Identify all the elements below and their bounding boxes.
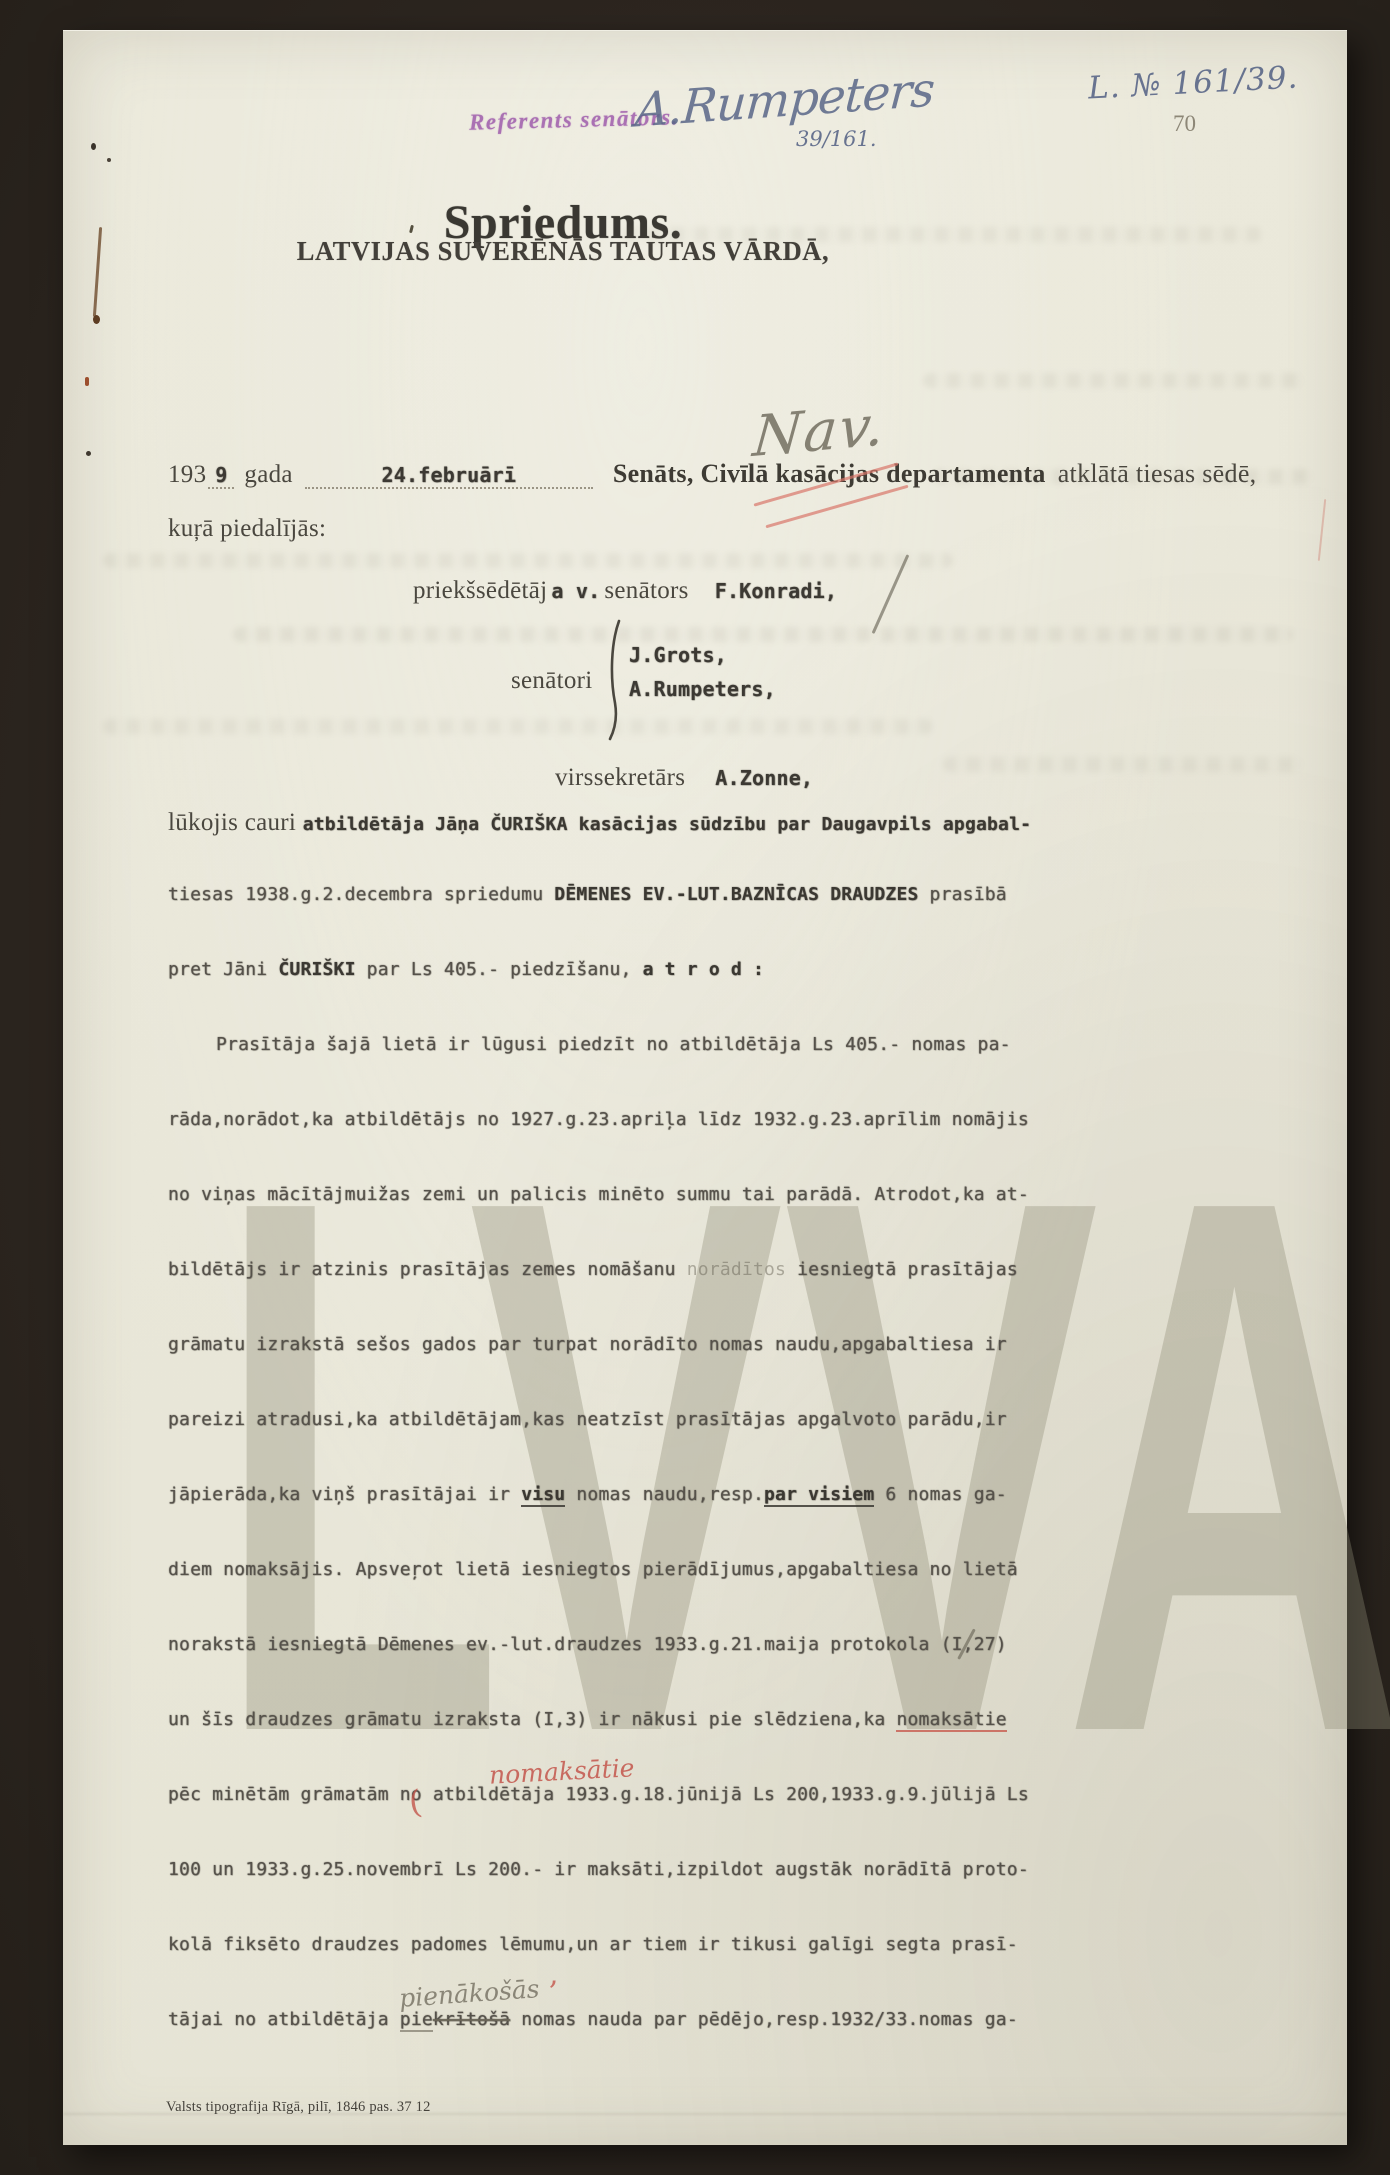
body-text-segment: nomas nauda par pēdējo,resp.1932/33.noma… xyxy=(510,2009,1018,2030)
body-text-segment: pareizi atradusi,ka atbildētājam,kas nea… xyxy=(168,1409,1007,1430)
body-text-segment: ČURIŠKI xyxy=(278,959,355,980)
bleed-through-smudge xyxy=(623,227,1263,242)
secretary-line: virssekretārs A.Zonne, xyxy=(555,764,813,792)
body-line: grāmatu izrakstā sešos gados par turpat … xyxy=(168,1334,1007,1355)
body-text-segment: atbildētāja Jāņa ČURIŠKA kasācijas sūdzī… xyxy=(303,814,1031,835)
body-text-segment: bildētājs ir atzinis prasītājas zemes no… xyxy=(168,1259,687,1280)
red-comma-mark: , xyxy=(549,1957,559,1992)
folio-number-pencil: 70 xyxy=(1173,111,1196,137)
body-text-segment: tājai no atbildētāja xyxy=(168,2009,400,2030)
year-prefix: 193 xyxy=(168,461,206,488)
body-text-segment: kolā fiksēto draudzes padomes lēmumu,un … xyxy=(168,1934,1018,1955)
body-text-segment: norakstā iesniegtā Dēmenes ev.-lut.draud… xyxy=(168,1634,1007,1655)
dust-speck xyxy=(86,451,91,456)
bleed-through-smudge xyxy=(103,719,933,734)
dust-speck xyxy=(107,158,111,162)
body-text-segment: diem nomaksājis. Apsveŗot lietā iesniegt… xyxy=(168,1559,1018,1580)
chair-name-typed: F.Konradi, xyxy=(715,579,837,603)
body-line: pareizi atradusi,ka atbildētājam,kas nea… xyxy=(168,1409,1007,1430)
body-line: diem nomaksājis. Apsveŗot lietā iesniegt… xyxy=(168,1559,1018,1580)
body-line: tājai no atbildētāja piekrītošā nomas na… xyxy=(168,2009,1018,2030)
body-text-segment: tiesas 1938.g.2.decembra spriedumu xyxy=(168,884,554,905)
chair-printed-label: priekšsēdētāj xyxy=(413,577,547,604)
chair-typed-av: a v. xyxy=(551,579,600,603)
signature-case-number: 39/161. xyxy=(796,127,877,151)
chair-printed-senators: senātors xyxy=(604,577,688,604)
bleed-through-smudge xyxy=(233,627,1293,642)
body-text-segment: DĒMENES EV.-LUT.BAZNĪCAS DRAUDZES xyxy=(554,884,918,905)
body-text-segment: rāda,norādot,ka atbildētājs no 1927.g.23… xyxy=(168,1109,1029,1130)
attendees-label: kuŗā piedalījās: xyxy=(168,515,326,543)
secretary-name-typed: A.Zonne, xyxy=(715,766,813,790)
senator-name-rumpeters: A.Rumpeters, xyxy=(629,677,776,701)
body-text-segment: lūkojis cauri xyxy=(168,809,303,836)
dust-speck xyxy=(91,143,96,150)
body-line: rāda,norādot,ka atbildētājs no 1927.g.23… xyxy=(168,1109,1029,1130)
body-line: bildētājs ir atzinis prasītājas zemes no… xyxy=(168,1259,1018,1280)
referent-signature: A.Rumpeters xyxy=(633,62,935,138)
red-margin-mark xyxy=(1318,499,1326,561)
registry-number-handwritten: L. № 161/39. xyxy=(1087,60,1299,107)
photo-background: LVVA L. № 161/39. 70 Referents senātors.… xyxy=(0,0,1390,2175)
ink-smear xyxy=(93,227,102,317)
body-line: 100 un 1933.g.25.novembrī Ls 200.- ir ma… xyxy=(168,1859,1029,1880)
body-text-segment: par Ls 405.- piedzīšanu, xyxy=(356,959,643,980)
chairman-line: priekšsēdētāj a v. senātors F.Konradi, xyxy=(413,577,837,605)
body-text-segment: par visiem xyxy=(764,1484,874,1507)
date-typed: 24.februārī xyxy=(381,463,516,487)
body-text-segment: Prasītāja šajā lietā ir lūgusi piedzīt n… xyxy=(216,1034,1011,1055)
body-line: jāpierāda,ka viņš prasītājai ir visu nom… xyxy=(168,1484,1007,1505)
nav-pencil-note: Nav. xyxy=(750,393,888,470)
body-line: pret Jāni ČURIŠKI par Ls 405.- piedzīšan… xyxy=(168,959,764,980)
body-text-segment: jāpierāda,ka viņš prasītājai ir xyxy=(168,1484,521,1505)
document-page: LVVA L. № 161/39. 70 Referents senātors.… xyxy=(63,30,1347,2145)
session-label: atklātā tiesas sēdē, xyxy=(1058,459,1257,488)
body-line: no viņas mācītājmuižas zemi un palicis m… xyxy=(168,1184,1029,1205)
body-text-segment: un šīs draudzes grāmatu izraksta (I,3) i… xyxy=(168,1709,896,1730)
body-line: norakstā iesniegtā Dēmenes ev.-lut.draud… xyxy=(168,1634,1007,1655)
pencil-correction-word: pienākošās xyxy=(398,1974,540,2013)
body-text-segment: visu xyxy=(521,1484,565,1507)
ink-blob xyxy=(93,315,100,324)
body-text-segment: norādītos xyxy=(687,1259,786,1280)
body-text-segment: pēc minētām grāmatām no atbildētāja 1933… xyxy=(168,1784,1029,1805)
body-line: un šīs draudzes grāmatu izraksta (I,3) i… xyxy=(168,1709,1007,1730)
body-text-segment: no viņas mācītājmuižas zemi un palicis m… xyxy=(168,1184,1029,1205)
secretary-label: virssekretārs xyxy=(555,764,685,791)
bleed-through-smudge xyxy=(923,373,1303,388)
body-text-segment: nomas naudu,resp. xyxy=(565,1484,764,1505)
body-line: tiesas 1938.g.2.decembra spriedumu DĒMEN… xyxy=(168,884,1007,905)
body-text-segment: a t r o d : xyxy=(643,959,764,980)
body-line: pēc minētām grāmatām no atbildētāja 1933… xyxy=(168,1784,1029,1805)
body-text-segment: prasībā xyxy=(919,884,1007,905)
year-digit-typed: 9 xyxy=(215,463,227,487)
dust-speck xyxy=(85,377,89,386)
printer-imprint: Valsts tipografija Rīgā, pilī, 1846 pas.… xyxy=(166,2099,431,2116)
gada-label: gada xyxy=(244,461,292,488)
body-text-segment: pret Jāni xyxy=(168,959,278,980)
body-line: Prasītāja šajā lietā ir lūgusi piedzīt n… xyxy=(168,1034,1011,1055)
senators-brace xyxy=(606,619,624,746)
body-text-segment: 6 nomas ga- xyxy=(874,1484,1006,1505)
body-line: kolā fiksēto draudzes padomes lēmumu,un … xyxy=(168,1934,1018,1955)
body-text-segment: grāmatu izrakstā sešos gados par turpat … xyxy=(168,1334,1007,1355)
body-text-segment: iesniegtā prasītājas xyxy=(786,1259,1018,1280)
bleed-through-smudge xyxy=(943,757,1303,772)
body-text-segment: krītošā xyxy=(433,2009,510,2030)
body-text-segment: 100 un 1933.g.25.novembrī Ls 200.- ir ma… xyxy=(168,1859,1029,1880)
body-text-segment: nomaksātie xyxy=(896,1709,1006,1732)
senators-label: senātori xyxy=(511,667,593,695)
bleed-through-smudge xyxy=(103,553,953,568)
senator-name-grots: J.Grots, xyxy=(629,643,727,667)
body-line: lūkojis cauri atbildētāja Jāņa ČURIŠKA k… xyxy=(168,809,1031,837)
red-underline-stroke xyxy=(765,485,908,529)
